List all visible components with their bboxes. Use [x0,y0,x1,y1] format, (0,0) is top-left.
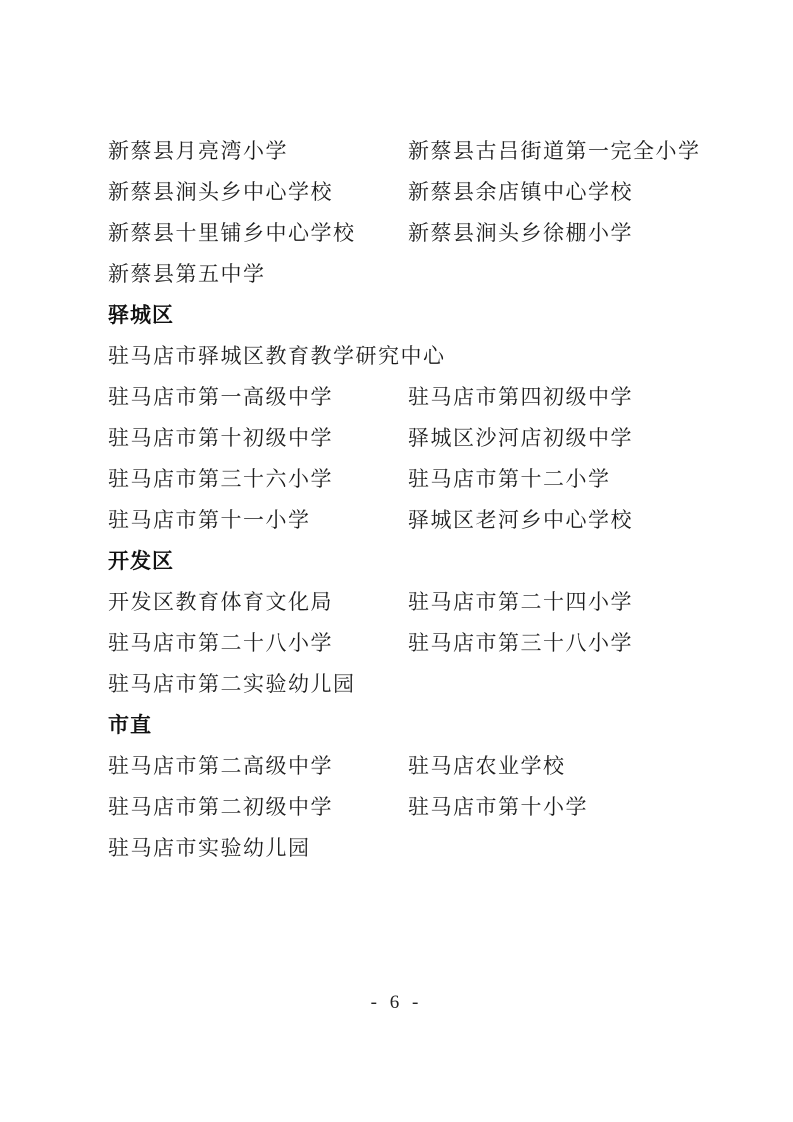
school-name: 新蔡县余店镇中心学校 [408,172,748,213]
page-number: - 6 - [0,992,793,1014]
school-name: 驻马店市第四初级中学 [408,377,748,418]
school-row: 驻马店市实验幼儿园 [108,828,748,869]
school-name: 驻马店市第三十六小学 [108,459,408,500]
school-name: 驻马店市第十二小学 [408,459,748,500]
school-name: 驻马店市第二初级中学 [108,787,408,828]
school-name: 新蔡县十里铺乡中心学校 [108,213,408,254]
school-name: 驻马店农业学校 [408,746,748,787]
school-row: 驻马店市驿城区教育教学研究中心 [108,336,748,377]
school-row: 新蔡县月亮湾小学 新蔡县古吕街道第一完全小学 [108,131,748,172]
document-page: 新蔡县月亮湾小学 新蔡县古吕街道第一完全小学 新蔡县涧头乡中心学校 新蔡县余店镇… [0,0,793,1122]
school-row: 开发区教育体育文化局 驻马店市第二十四小学 [108,582,748,623]
school-row: 驻马店市第十初级中学 驿城区沙河店初级中学 [108,418,748,459]
school-name: 驻马店市实验幼儿园 [108,828,408,869]
school-name: 驻马店市第三十八小学 [408,623,748,664]
section-header-kaifaqu: 开发区 [108,541,748,582]
school-name: 驻马店市第十一小学 [108,500,408,541]
school-name: 驿城区沙河店初级中学 [408,418,748,459]
school-name: 驻马店市第一高级中学 [108,377,408,418]
school-name: 驿城区老河乡中心学校 [408,500,748,541]
school-name: 新蔡县涧头乡中心学校 [108,172,408,213]
school-name: 驻马店市第二高级中学 [108,746,408,787]
school-name: 驻马店市驿城区教育教学研究中心 [108,336,408,377]
school-name: 驻马店市第二实验幼儿园 [108,664,408,705]
school-name: 驻马店市第二十四小学 [408,582,748,623]
school-row: 新蔡县第五中学 [108,254,748,295]
section-header-shizhi: 市直 [108,705,748,746]
school-row: 新蔡县涧头乡中心学校 新蔡县余店镇中心学校 [108,172,748,213]
school-row: 驻马店市第三十六小学 驻马店市第十二小学 [108,459,748,500]
school-list: 新蔡县月亮湾小学 新蔡县古吕街道第一完全小学 新蔡县涧头乡中心学校 新蔡县余店镇… [108,131,748,869]
section-header-yicheng: 驿城区 [108,295,748,336]
school-row: 驻马店市第二初级中学 驻马店市第十小学 [108,787,748,828]
school-row: 新蔡县十里铺乡中心学校 新蔡县涧头乡徐棚小学 [108,213,748,254]
school-name: 新蔡县涧头乡徐棚小学 [408,213,748,254]
school-row: 驻马店市第二高级中学 驻马店农业学校 [108,746,748,787]
school-name: 驻马店市第十小学 [408,787,748,828]
school-row: 驻马店市第十一小学 驿城区老河乡中心学校 [108,500,748,541]
school-row: 驻马店市第一高级中学 驻马店市第四初级中学 [108,377,748,418]
school-name: 新蔡县古吕街道第一完全小学 [408,131,748,172]
school-name: 开发区教育体育文化局 [108,582,408,623]
school-row: 驻马店市第二十八小学 驻马店市第三十八小学 [108,623,748,664]
school-name: 新蔡县月亮湾小学 [108,131,408,172]
school-name: 驻马店市第十初级中学 [108,418,408,459]
school-row: 驻马店市第二实验幼儿园 [108,664,748,705]
school-name: 驻马店市第二十八小学 [108,623,408,664]
school-name: 新蔡县第五中学 [108,254,408,295]
